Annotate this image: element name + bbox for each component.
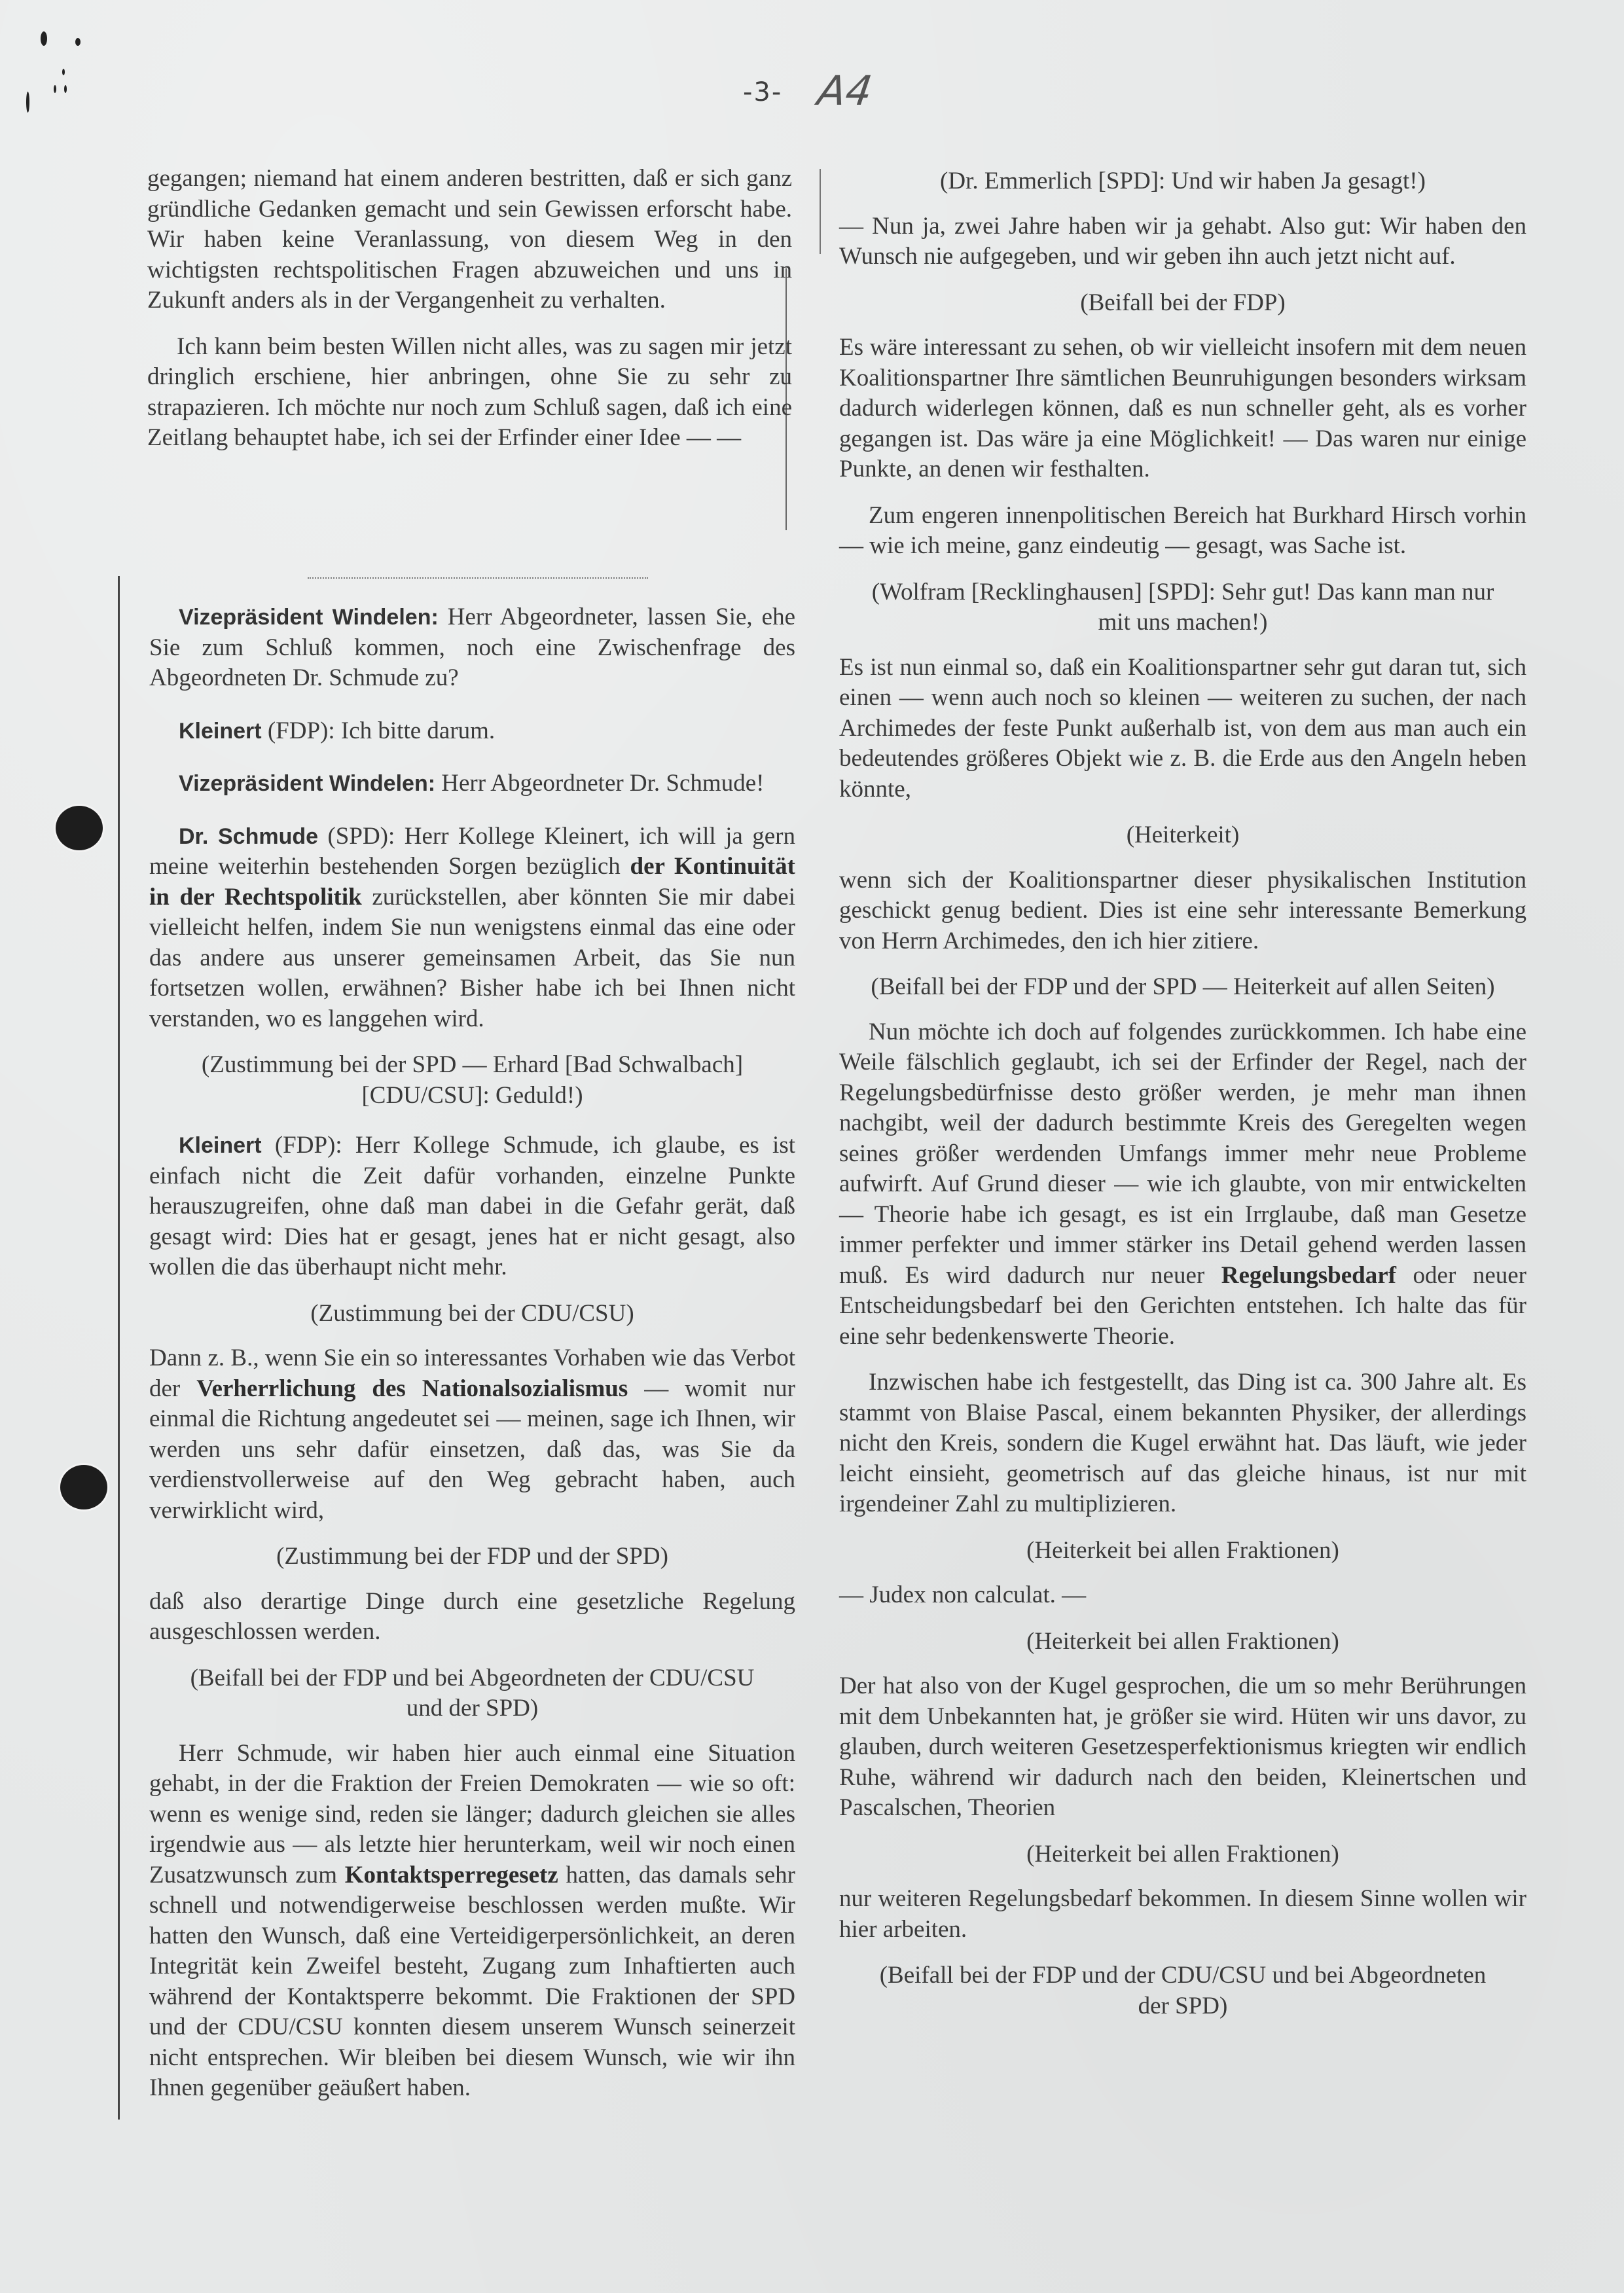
speech-paragraph: — Judex non calculat. — bbox=[839, 1580, 1526, 1611]
emphasis: Regelungsbedarf bbox=[1221, 1262, 1396, 1289]
speech-paragraph: Inzwischen habe ich festgestellt, das Di… bbox=[839, 1367, 1526, 1520]
speech-paragraph: Kleinert (FDP): Ich bitte darum. bbox=[149, 716, 795, 747]
interjection: (Beifall bei der FDP und der SPD — Heite… bbox=[865, 972, 1500, 1003]
interjection: (Beifall bei der FDP und der CDU/CSU und… bbox=[865, 1960, 1500, 2021]
interjection: (Heiterkeit bei allen Fraktionen) bbox=[865, 1839, 1500, 1870]
speech-paragraph: Der hat also von der Kugel gesprochen, d… bbox=[839, 1671, 1526, 1824]
speech-paragraph: Es wäre interessant zu sehen, ob wir vie… bbox=[839, 333, 1526, 485]
speech-paragraph: nur weiteren Regelungsbedarf bekommen. I… bbox=[839, 1884, 1526, 1945]
speech-paragraph: Dr. Schmude (SPD): Herr Kollege Kleinert… bbox=[149, 822, 795, 1035]
interjection: (Beifall bei der FDP) bbox=[865, 288, 1500, 319]
staple-mark bbox=[64, 85, 67, 93]
speaker-name: Vizepräsident Windelen: bbox=[179, 605, 439, 630]
left-column-lower: Vizepräsident Windelen: Herr Abgeordnete… bbox=[118, 576, 795, 2120]
handwritten-note: A4 bbox=[815, 67, 875, 115]
speaker-name: Vizepräsident Windelen: bbox=[179, 771, 435, 796]
speaker-party: (FDP): bbox=[262, 717, 335, 744]
speech-paragraph: Herr Schmude, wir haben hier auch einmal… bbox=[149, 1739, 795, 2104]
interjection: (Beifall bei der FDP und bei Abgeordnete… bbox=[175, 1663, 769, 1724]
staple-mark bbox=[41, 31, 47, 46]
page-number: -3- bbox=[743, 77, 782, 107]
speaker-name: Kleinert bbox=[179, 1133, 262, 1158]
speech-paragraph: Dann z. B., wenn Sie ein so interessante… bbox=[149, 1343, 795, 1526]
speech-paragraph: — Nun ja, zwei Jahre haben wir ja gehabt… bbox=[839, 211, 1526, 272]
paragraph: gegangen; niemand hat einem anderen best… bbox=[147, 164, 792, 316]
speech-paragraph: Nun möchte ich doch auf folgendes zurück… bbox=[839, 1017, 1526, 1352]
speaker-name: Dr. Schmude bbox=[179, 824, 318, 849]
speech-paragraph: Vizepräsident Windelen: Herr Abgeordnete… bbox=[149, 768, 795, 799]
speaker-name: Kleinert bbox=[179, 719, 262, 744]
staple-mark bbox=[26, 92, 29, 113]
speech-paragraph: wenn sich der Koalitionspartner dieser p… bbox=[839, 865, 1526, 957]
interjection: (Heiterkeit) bbox=[865, 820, 1500, 851]
speech-text: hatten, das damals sehr schnell und notw… bbox=[149, 1862, 795, 2102]
speech-text: Ich bitte darum. bbox=[335, 717, 496, 744]
staple-mark bbox=[54, 85, 56, 93]
speech-paragraph: Vizepräsident Windelen: Herr Abgeordnete… bbox=[149, 602, 795, 694]
speech-text: Herr Abgeordneter Dr. Schmude! bbox=[435, 770, 764, 797]
punch-hole-top bbox=[56, 806, 103, 850]
speaker-party: (FDP): bbox=[262, 1132, 342, 1159]
interjection: (Zustimmung bei der SPD — Erhard [Bad Sc… bbox=[175, 1050, 769, 1111]
interjection: (Zustimmung bei der FDP und der SPD) bbox=[175, 1542, 769, 1572]
speech-paragraph: Es ist nun einmal so, daß ein Koalitions… bbox=[839, 653, 1526, 805]
interjection: (Heiterkeit bei allen Fraktionen) bbox=[865, 1536, 1500, 1566]
speech-text: Nun möchte ich doch auf folgendes zurück… bbox=[839, 1019, 1526, 1289]
interjection: (Dr. Emmerlich [SPD]: Und wir haben Ja g… bbox=[865, 166, 1500, 197]
right-column: (Dr. Emmerlich [SPD]: Und wir haben Ja g… bbox=[839, 164, 1526, 2036]
speech-paragraph: Zum engeren innenpolitischen Bereich hat… bbox=[839, 501, 1526, 562]
paragraph: Ich kann beim besten Willen nicht alles,… bbox=[147, 332, 792, 454]
interjection: (Wolfram [Recklinghausen] [SPD]: Sehr gu… bbox=[865, 577, 1500, 638]
emphasis: Verherrlichung des Nationalsozialismus bbox=[196, 1375, 628, 1402]
speaker-party: (SPD): bbox=[318, 823, 395, 850]
punch-hole-bottom bbox=[60, 1465, 107, 1509]
staple-mark bbox=[62, 69, 65, 75]
emphasis: Kontaktsperregesetz bbox=[345, 1862, 558, 1888]
interjection: (Zustimmung bei der CDU/CSU) bbox=[175, 1299, 769, 1329]
speech-paragraph: daß also derartige Dinge durch eine gese… bbox=[149, 1587, 795, 1648]
column-rule bbox=[820, 169, 821, 254]
speech-paragraph: Kleinert (FDP): Herr Kollege Schmude, ic… bbox=[149, 1130, 795, 1283]
staple-mark bbox=[75, 38, 81, 46]
interjection: (Heiterkeit bei allen Fraktionen) bbox=[865, 1627, 1500, 1657]
left-column-upper: gegangen; niemand hat einem anderen best… bbox=[147, 164, 792, 469]
